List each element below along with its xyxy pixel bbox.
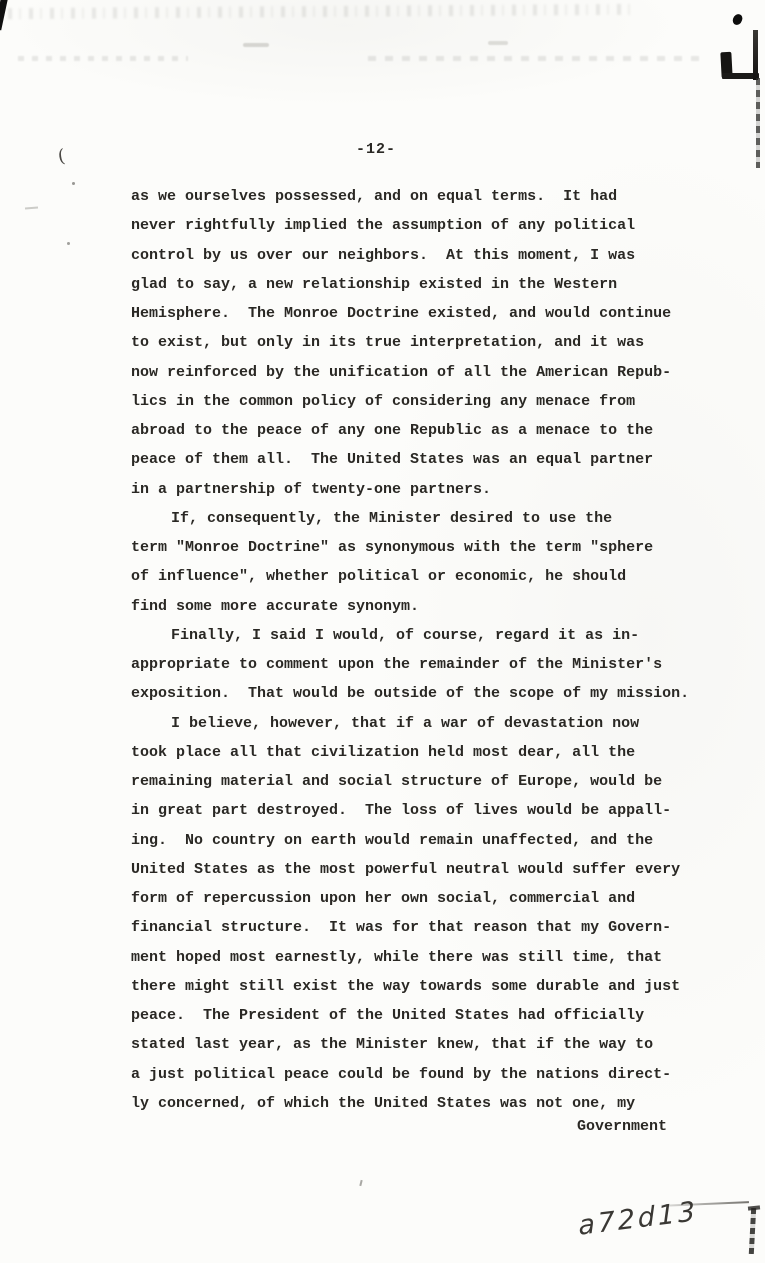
- scan-artifact-speck: [67, 242, 70, 245]
- text-line: ing. No country on earth would remain un…: [131, 826, 746, 855]
- text-line: If, consequently, the Minister desired t…: [131, 504, 746, 533]
- text-line: abroad to the peace of any one Republic …: [131, 416, 746, 445]
- text-line: of influence", whether political or econ…: [131, 562, 746, 591]
- text-line: peace. The President of the United State…: [131, 1001, 746, 1030]
- text-line: glad to say, a new relationship existed …: [131, 270, 746, 299]
- text-line: to exist, but only in its true interpret…: [131, 328, 746, 357]
- scan-artifact-edge-streak: [753, 30, 758, 80]
- text-line: I believe, however, that if a war of dev…: [131, 709, 746, 738]
- document-body: as we ourselves possessed, and on equal …: [131, 182, 746, 1118]
- text-line: find some more accurate synonym.: [131, 592, 746, 621]
- text-line: as we ourselves possessed, and on equal …: [131, 182, 746, 211]
- text-line: financial structure. It was for that rea…: [131, 913, 746, 942]
- text-line: term "Monroe Doctrine" as synonymous wit…: [131, 533, 746, 562]
- text-line: lics in the common policy of considering…: [131, 387, 746, 416]
- text-line: stated last year, as the Minister knew, …: [131, 1030, 746, 1059]
- catchword-government: Government: [577, 1118, 667, 1135]
- text-line: remaining material and social structure …: [131, 767, 746, 796]
- scan-artifact-ghost-text-band: [8, 4, 638, 19]
- text-line: exposition. That would be outside of the…: [131, 679, 746, 708]
- margin-pen-scribble: [749, 1208, 756, 1254]
- scan-artifact-edge-streak-tail: [756, 78, 760, 168]
- text-line: Hemisphere. The Monroe Doctrine existed,…: [131, 299, 746, 328]
- scanned-document-page: ( -12- as we ourselves possessed, and on…: [0, 0, 765, 1263]
- text-line: in a partnership of twenty-one partners.: [131, 475, 746, 504]
- text-line: United States as the most powerful neutr…: [131, 855, 746, 884]
- handwritten-archive-annotation: a72d13: [578, 1197, 689, 1241]
- text-line: ment hoped most earnestly, while there w…: [131, 943, 746, 972]
- margin-pen-mark: (: [57, 146, 67, 168]
- text-line: ly concerned, of which the United States…: [131, 1089, 746, 1118]
- text-line: form of repercussion upon her own social…: [131, 884, 746, 913]
- scan-artifact-speck: [72, 182, 75, 185]
- text-line: peace of them all. The United States was…: [131, 445, 746, 474]
- text-line: control by us over our neighbors. At thi…: [131, 241, 746, 270]
- page-number: -12-: [356, 141, 396, 158]
- text-line: in great part destroyed. The loss of liv…: [131, 796, 746, 825]
- scan-artifact-ghost-streak-left: [18, 56, 188, 61]
- margin-pen-scribble-cap: [748, 1205, 760, 1210]
- scan-artifact-speck: [25, 207, 38, 210]
- scan-artifact-smudge: [243, 43, 269, 47]
- text-line: never rightfully implied the assumption …: [131, 211, 746, 240]
- text-line: Finally, I said I would, of course, rega…: [131, 621, 746, 650]
- scan-artifact-ink-dot: [732, 13, 744, 26]
- text-line: now reinforced by the unification of all…: [131, 358, 746, 387]
- text-line: appropriate to comment upon the remainde…: [131, 650, 746, 679]
- text-line: a just political peace could be found by…: [131, 1060, 746, 1089]
- scan-artifact-speck: [359, 1180, 362, 1186]
- scan-artifact-smudge: [488, 41, 508, 45]
- text-line: there might still exist the way towards …: [131, 972, 746, 1001]
- scan-artifact-ghost-streak-right: [368, 56, 703, 61]
- text-line: took place all that civilization held mo…: [131, 738, 746, 767]
